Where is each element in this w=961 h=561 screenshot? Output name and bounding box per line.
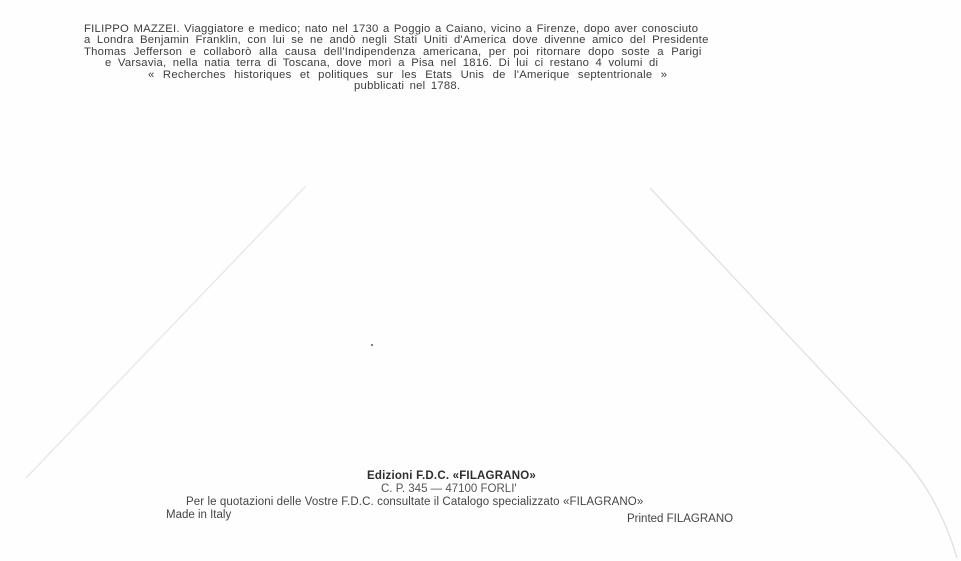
biography-text: FILIPPO MAZZEI. Viaggiatore e medico; na… — [84, 24, 844, 92]
right-flap-edge — [650, 188, 957, 558]
paper-speck — [371, 344, 373, 346]
biography-line: e Varsavia, nella natia terra di Toscana… — [84, 58, 844, 69]
biography-line: « Recherches historiques et politiques s… — [84, 70, 844, 81]
catalog-note: Per le quotazioni delle Vostre F.D.C. co… — [186, 496, 643, 508]
left-flap-edge — [26, 186, 306, 478]
made-in-label: Made in Italy — [166, 509, 231, 521]
publisher-title: Edizioni F.D.C. «FILAGRANO» — [367, 470, 536, 482]
biography-line: pubblicati nel 1788. — [84, 81, 844, 92]
publisher-address: C. P. 345 — 47100 FORLI' — [381, 483, 517, 495]
printed-by-label: Printed FILAGRANO — [627, 513, 733, 525]
